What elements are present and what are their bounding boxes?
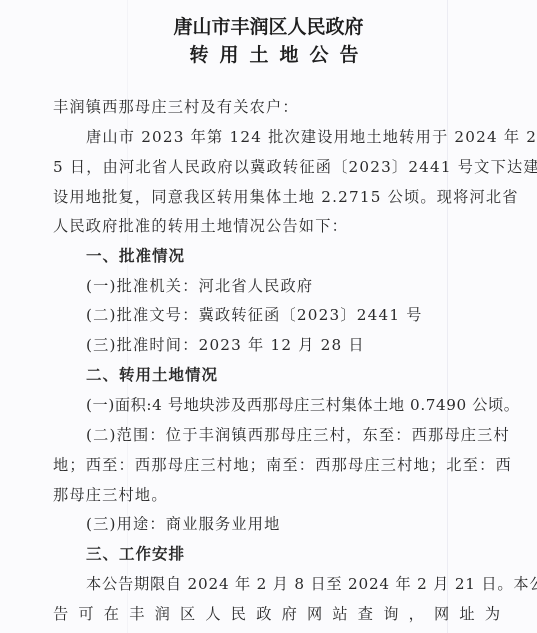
approval-authority: (一)批准机关：河北省人民政府 [86,276,536,296]
approval-doc-number: (二)批准文号：冀政转征函〔2023〕2441 号 [86,305,536,325]
section3-heading: 三、工作安排 [86,544,536,564]
document-subtitle: 转用土地公告 [0,40,537,67]
land-usage: (三)用途：商业服务业用地 [86,514,536,534]
land-scope-line-1: (二)范围：位于丰润镇西那母庄三村，东至：西那母庄三村 [86,425,536,445]
section1-heading: 一、批准情况 [86,246,536,266]
intro-line-4: 人民政府批准的转用土地情况公告如下： [53,216,503,236]
work-arrangement-line-1: 本公告期限自 2024 年 2 月 8 日至 2024 年 2 月 21 日。本… [86,574,536,594]
intro-line-1: 唐山市 2023 年第 124 批次建设用地土地转用于 2024 年 2 月 [86,127,536,147]
approval-date: (三)批准时间：2023 年 12 月 28 日 [86,335,536,355]
section2-heading: 二、转用土地情况 [86,365,536,385]
work-arrangement-line-2: 告可在丰润区人民政府网站查询，网址为 [53,604,500,624]
land-scope-line-2: 地；西至：西那母庄三村地；南至：西那母庄三村地；北至：西 [53,455,503,475]
document-title: 唐山市丰润区人民政府 [0,12,537,39]
salutation: 丰润镇西那母庄三村及有关农户： [53,97,503,117]
land-area: (一)面积:4 号地块涉及西那母庄三村集体土地 0.7490 公顷。 [86,395,536,415]
intro-line-2: 5 日，由河北省人民政府以冀政转征函〔2023〕2441 号文下达建 [53,157,503,177]
intro-line-3: 设用地批复，同意我区转用集体土地 2.2715 公顷。现将河北省 [53,187,503,207]
land-scope-line-3: 那母庄三村地。 [53,485,503,505]
